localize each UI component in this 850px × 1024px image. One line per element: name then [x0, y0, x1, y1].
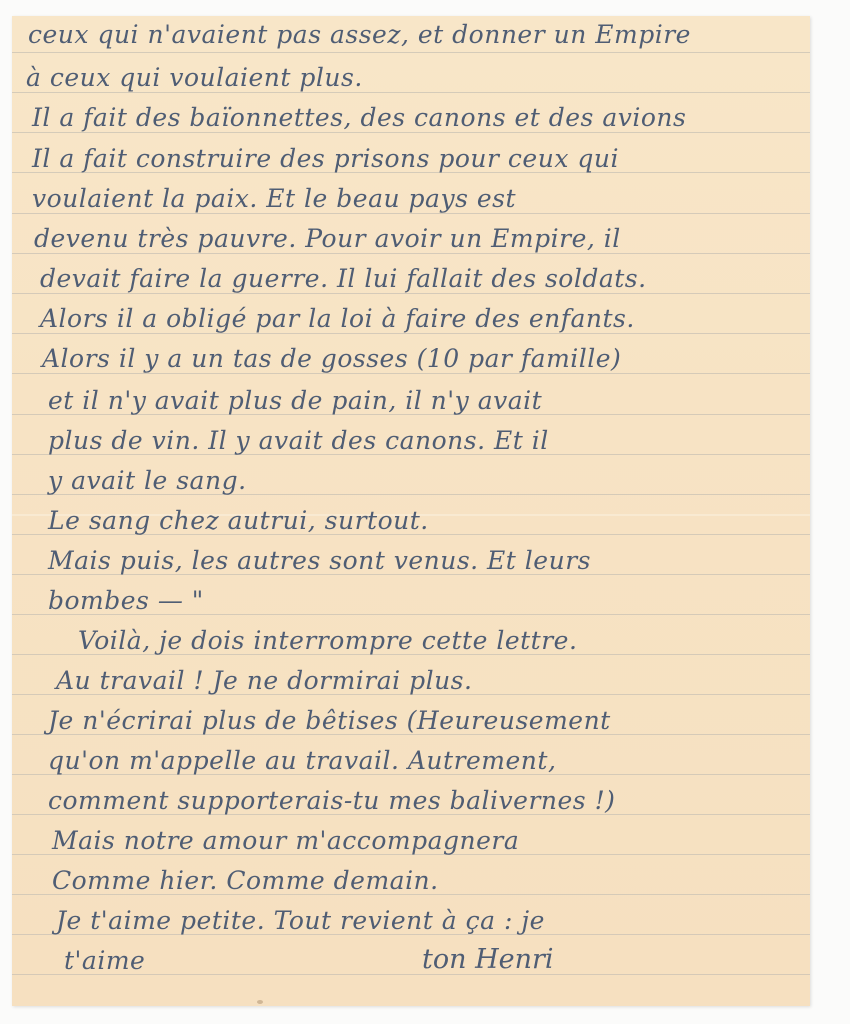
ruled-line [12, 213, 810, 214]
letter-line: y avait le sang. [48, 466, 247, 495]
letter-line: Il a fait des baïonnettes, des canons et… [32, 103, 686, 132]
letter-line: devenu très pauvre. Pour avoir un Empire… [34, 224, 621, 253]
letter-line: bombes — " [48, 586, 204, 615]
letter-line: Je t'aime petite. Tout revient à ça : je [56, 906, 545, 935]
paper-stain [257, 1000, 263, 1004]
letter-line: comment supporterais-tu mes balivernes !… [48, 786, 615, 815]
letter-line: Le sang chez autrui, surtout. [48, 506, 429, 535]
letter-line: t'aime [64, 946, 145, 975]
letter-line: Mais notre amour m'accompagnera [52, 826, 519, 855]
ruled-line [12, 333, 810, 334]
letter-line: Je n'écrirai plus de bêtises (Heureuseme… [48, 706, 611, 735]
letter-line: et il n'y avait plus de pain, il n'y ava… [48, 386, 542, 415]
ruled-line [12, 132, 810, 133]
ruled-line [12, 373, 810, 374]
letter-line: Voilà, je dois interrompre cette lettre. [78, 626, 577, 655]
ruled-line [12, 52, 810, 53]
ruled-line [12, 293, 810, 294]
letter-line: Il a fait construire des prisons pour ce… [32, 144, 619, 173]
letter-line: plus de vin. Il y avait des canons. Et i… [48, 426, 549, 455]
letter-line: Alors il y a un tas de gosses (10 par fa… [42, 344, 621, 373]
letter-line: Alors il a obligé par la loi à faire des… [40, 304, 635, 333]
letter-line: Comme hier. Comme demain. [52, 866, 439, 895]
letter-page: ceux qui n'avaient pas assez, et donner … [12, 16, 810, 1006]
signature: ton Henri [422, 944, 554, 975]
letter-line: Mais puis, les autres sont venus. Et leu… [48, 546, 591, 575]
ruled-line [12, 253, 810, 254]
letter-line: devait faire la guerre. Il lui fallait d… [40, 264, 647, 293]
letter-line: voulaient la paix. Et le beau pays est [32, 184, 516, 213]
letter-line: Au travail ! Je ne dormirai plus. [56, 666, 472, 695]
letter-line: à ceux qui voulaient plus. [26, 63, 363, 92]
letter-line: qu'on m'appelle au travail. Autrement, [48, 746, 556, 775]
letter-line: ceux qui n'avaient pas assez, et donner … [28, 20, 691, 49]
ruled-line [12, 92, 810, 93]
